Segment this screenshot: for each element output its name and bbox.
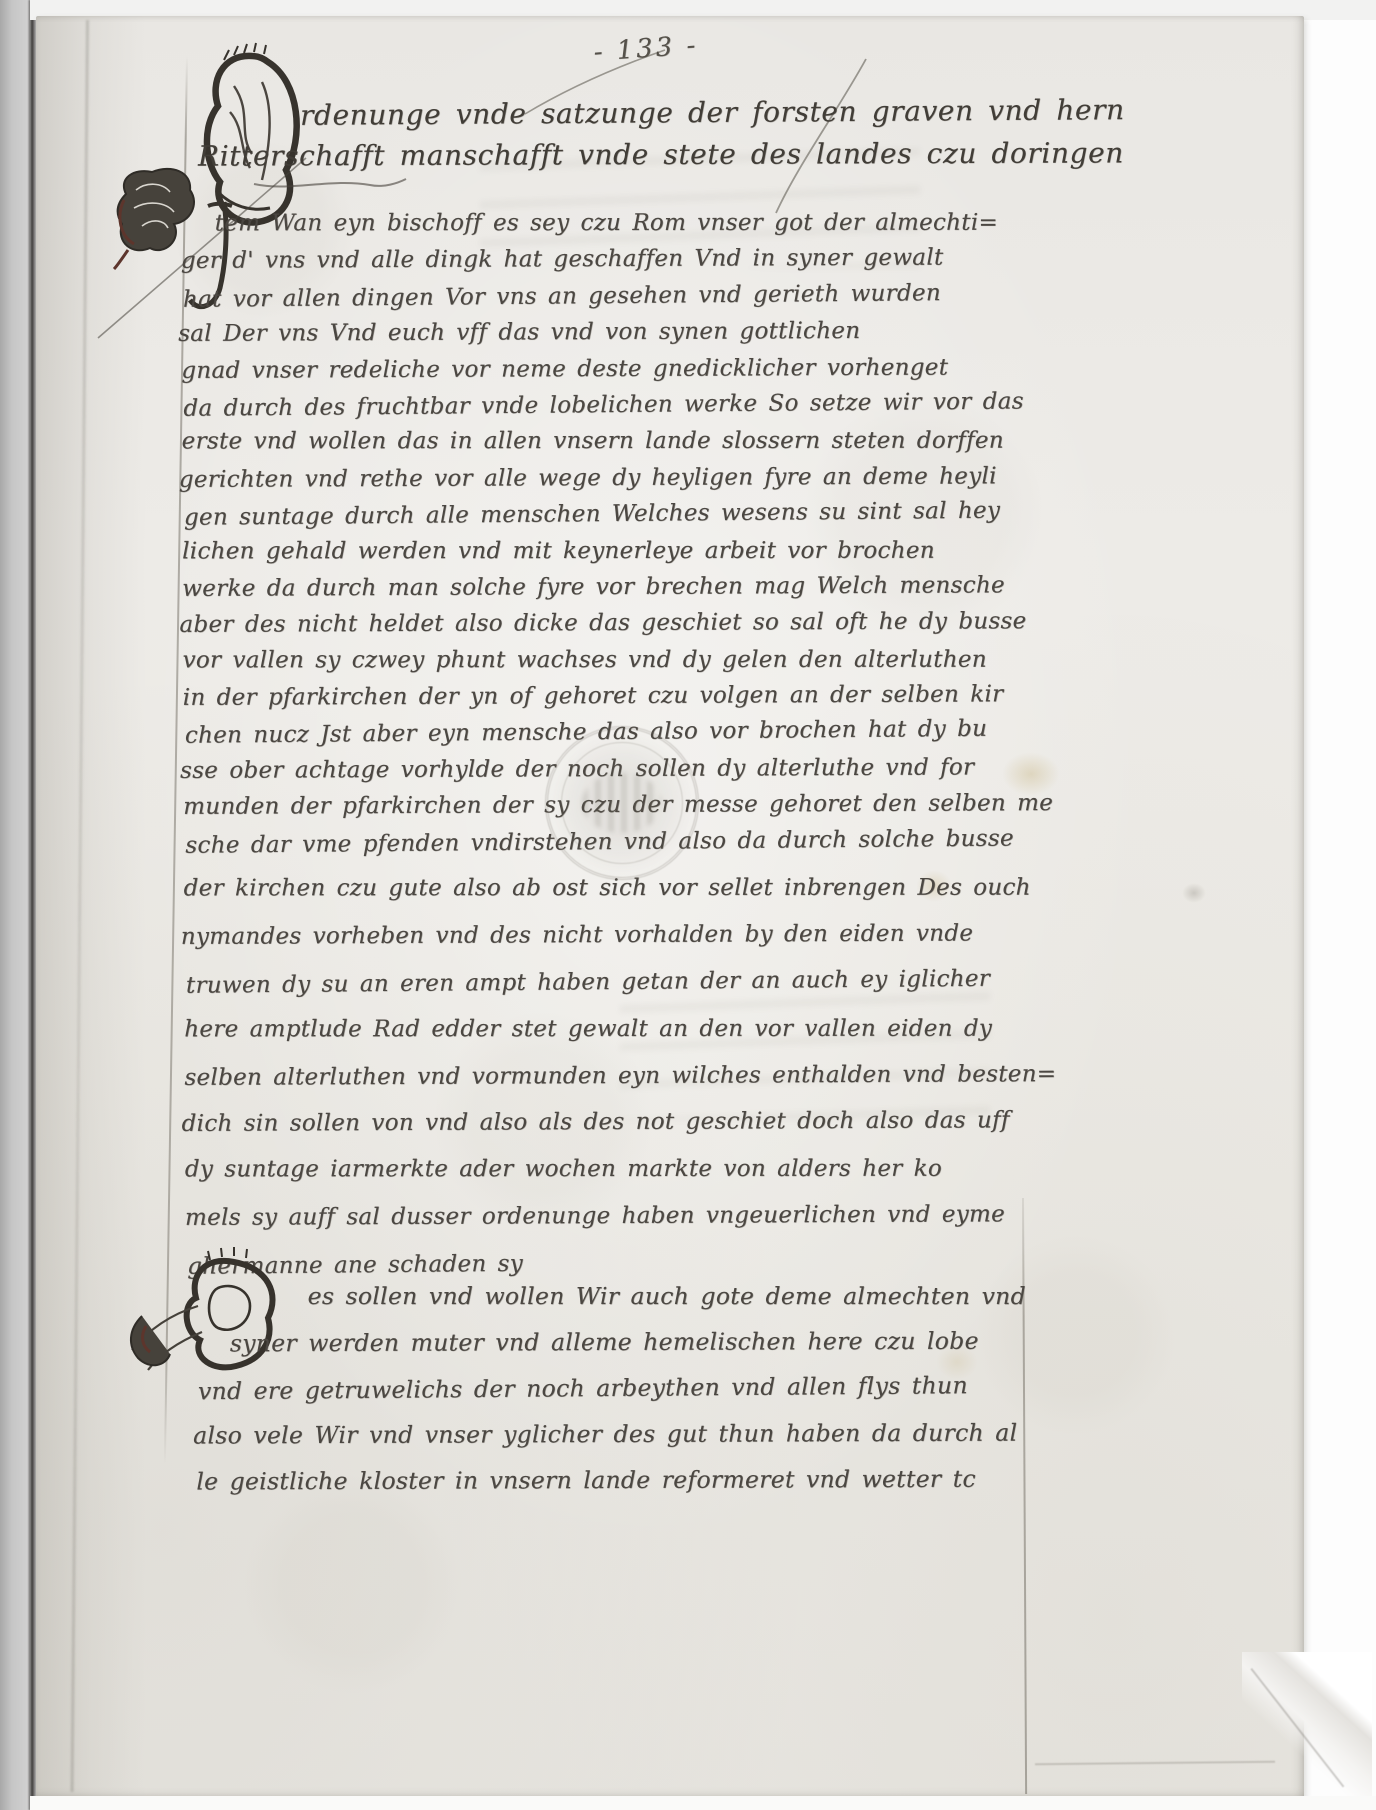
manuscript-line: selben alterluthen vnd vormunden eyn wil…: [184, 1061, 1056, 1112]
heading-line-2: Ritterschafft manschafft vnde stete des …: [198, 136, 1124, 172]
manuscript-line: ger d' vns vnd alle dingk hat geschaffen…: [181, 244, 1053, 284]
manuscript-line: gen suntage durch alle menschen Welches …: [184, 497, 1056, 541]
manuscript-line: vor vallen sy czwey phunt wachses vnd dy…: [183, 646, 1055, 683]
manuscript-line: syner werden muter vnd alleme hemelische…: [196, 1327, 1026, 1376]
manuscript-line: lichen gehald werden vnd mit keynerleye …: [182, 537, 1054, 574]
manuscript-line: tem Wan eyn bischoff es sey czu Rom vnse…: [181, 210, 1053, 247]
manuscript-line: werke da durch man solche fyre vor brech…: [182, 572, 1054, 612]
heading-line-1: rdenunge vnde satzunge der forsten grave…: [300, 93, 1125, 132]
manuscript-line: here amptlude Rad edder stet gewalt an d…: [184, 1015, 1056, 1063]
manuscript-line: mels sy auff sal dusser ordenunge haben …: [185, 1201, 1057, 1252]
scan-bottom-margin: [30, 1796, 1376, 1810]
scanner-backing: [0, 0, 30, 1810]
manuscript-line: gerichten vnd rethe vor alle wege dy hey…: [179, 463, 1051, 503]
library-stamp-smudge: [582, 773, 662, 833]
manuscript-line: erste vnd wollen das in allen vnsern lan…: [182, 428, 1054, 465]
manuscript-line: in der pfarkirchen der yn of gehoret czu…: [183, 681, 1055, 721]
manuscript-line: also vele Wir vnd vnser yglicher des gut…: [193, 1419, 1023, 1468]
manuscript-line: hat vor allen dingen Vor vns an gesehen …: [183, 279, 1055, 323]
manuscript-line: vnd ere getruwelichs der noch arbeythen …: [198, 1371, 1029, 1424]
manuscript-line: der kirchen czu gute also ab ost sich vo…: [184, 875, 1056, 923]
manuscript-line: sal Der vns Vnd euch vff das vnd von syn…: [178, 317, 1050, 357]
manuscript-line: dich sin sollen von vnd also als des not…: [182, 1108, 1054, 1159]
heading-text: Ritterschafft manschafft vnde stete des …: [198, 136, 1124, 172]
manuscript-line: truwen dy su an eren ampt haben getan de…: [186, 965, 1058, 1019]
manuscript-line: le geistliche kloster in vnsern lande re…: [196, 1465, 1026, 1514]
underline-flourish-icon: [250, 172, 410, 196]
manuscript-line: nymandes vorheben vnd des nicht vorhalde…: [181, 920, 1053, 971]
body-paragraph-2: es sollen vnd wollen Wir auch gote deme …: [196, 1281, 1027, 1514]
library-stamp-icon: [545, 726, 699, 880]
manuscript-line: es sollen vnd wollen Wir auch gote deme …: [196, 1282, 1026, 1328]
manuscript-line: gnad vnser redeliche vor neme deste gned…: [181, 354, 1053, 394]
manuscript-line: aber des nicht heldet also dicke das ges…: [179, 608, 1051, 648]
heading-text: rdenunge vnde satzunge der forsten grave…: [300, 93, 1125, 132]
manuscript-line: da durch des fruchtbar vnde lobelichen w…: [183, 388, 1055, 432]
manuscript-line: dy suntage iarmerkte ader wochen markte …: [185, 1156, 1057, 1204]
page-corner-fold: [1242, 1652, 1372, 1804]
manuscript-scan-root: - 133 - rdenunge vnde satzunge der forst…: [0, 0, 1376, 1810]
